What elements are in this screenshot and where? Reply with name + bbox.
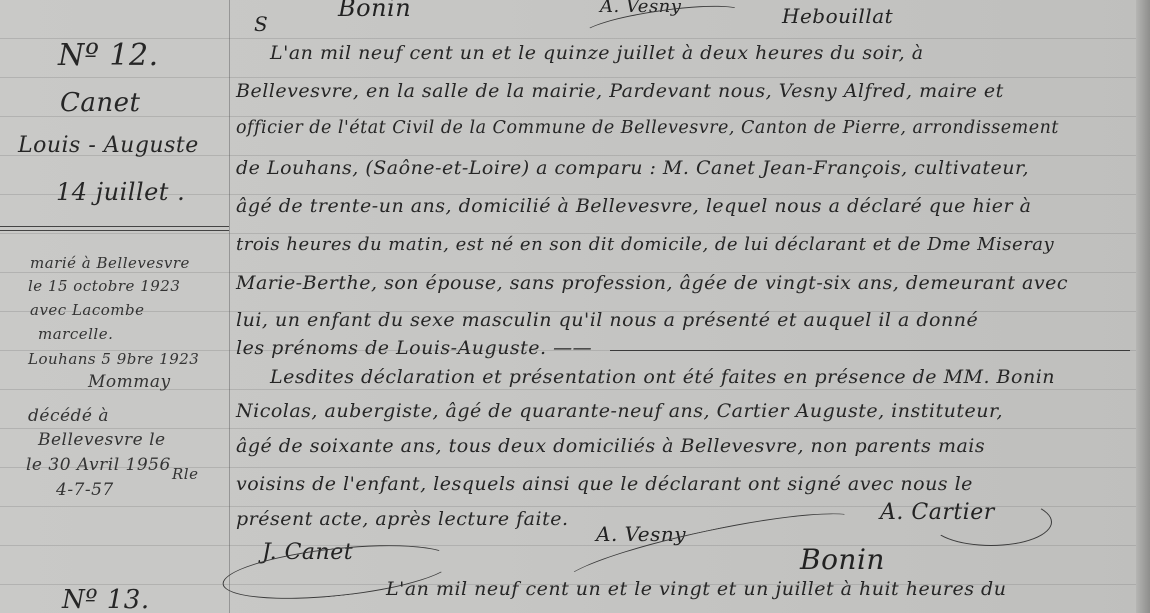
marriage-annotation-line: Louhans 5 9bre 1923 [28, 350, 199, 368]
body-line: âgé de soixante ans, tous deux domicilié… [236, 435, 985, 457]
end-of-text-rule [610, 350, 1130, 351]
death-annotation-line: 4-7-57 [56, 480, 114, 500]
next-record-number: Nº 13. [62, 585, 150, 613]
scanned-register-page: Nº 12. Canet Louis - Auguste 14 juillet … [0, 0, 1150, 613]
margin-date: 14 juillet . [56, 178, 185, 206]
margin-surname: Canet [60, 88, 140, 118]
marriage-annotation-line: avec Lacombe [30, 301, 145, 319]
page-edge-shadow [1136, 0, 1150, 613]
body-line: trois heures du matin, est né en son dit… [236, 234, 1054, 255]
death-annotation-initials: Rle [172, 465, 198, 483]
marriage-annotation-line: le 15 octobre 1923 [28, 277, 180, 295]
body-line: voisins de l'enfant, lesquels ainsi que … [236, 473, 973, 495]
body-line: lui, un enfant du sexe masculin qu'il no… [236, 309, 978, 331]
body-line: Lesdites déclaration et présentation ont… [270, 366, 1055, 388]
body-line: L'an mil neuf cent un et le quinze juill… [270, 42, 924, 64]
body-line: âgé de trente-un ans, domicilié à Bellev… [236, 195, 1031, 217]
body-line: officier de l'état Civil de la Commune d… [236, 118, 1059, 138]
margin-rule [229, 0, 230, 613]
marriage-annotation-signature: Mommay [88, 372, 171, 392]
body-line: Bellevesvre, en la salle de la mairie, P… [236, 80, 1004, 102]
margin-separator [0, 226, 229, 231]
body-line: Marie-Berthe, son épouse, sans professio… [236, 272, 1068, 294]
body-line: présent acte, après lecture faite. [236, 508, 569, 530]
top-initial: S [254, 12, 268, 36]
body-line: les prénoms de Louis-Auguste. —— [236, 337, 592, 359]
death-annotation-line: décédé à [28, 406, 109, 426]
body-line: de Louhans, (Saône-et-Loire) a comparu :… [236, 157, 1029, 179]
marriage-annotation-line: marié à Bellevesvre [30, 254, 190, 272]
marriage-annotation-line: marcelle. [38, 325, 113, 343]
margin-given-names: Louis - Auguste [18, 133, 199, 158]
record-number: Nº 12. [58, 38, 159, 73]
body-line: Nicolas, aubergiste, âgé de quarante-neu… [236, 400, 1003, 422]
top-signature-bonin: Bonin [338, 0, 411, 22]
death-annotation-line: Bellevesvre le [38, 430, 166, 450]
next-record-first-line: L'an mil neuf cent un et le vingt et un … [386, 578, 1006, 600]
death-annotation-line: le 30 Avril 1956 [26, 455, 171, 475]
signature-flourish [930, 498, 1052, 546]
top-signature-hebouillat: Hebouillat [782, 4, 893, 28]
signature-witness-bonin: Bonin [800, 543, 885, 576]
